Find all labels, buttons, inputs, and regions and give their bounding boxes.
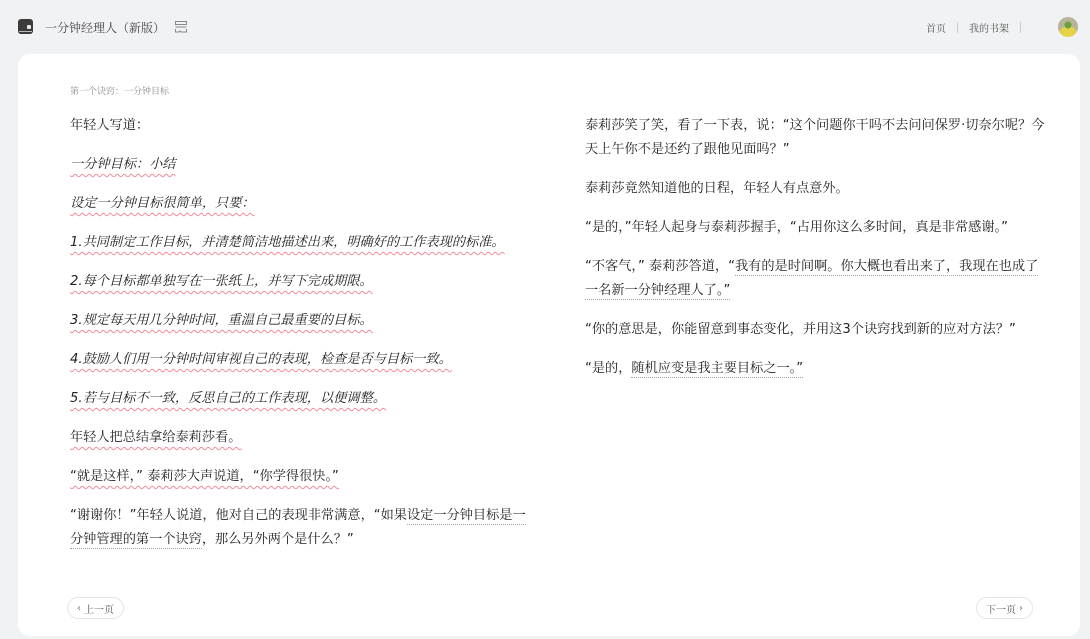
paragraph-text: 2.每个目标都单独写在一张纸上，并写下完成期限。 [70,274,373,289]
paragraph-text: 泰莉莎竟然知道他的日程，年轻人有点意外。 [585,181,849,196]
paragraph: 泰莉莎竟然知道他的日程，年轻人有点意外。 [585,177,1045,201]
paragraph-text: “就是这样，” 泰莉莎大声说道，“你学得很快。” [70,469,339,484]
prev-page-label: 上一页 [84,601,114,616]
paragraph-text: 5.若与目标不一致，反思自己的工作表现，以便调整。 [70,391,386,406]
highlighted-paragraph[interactable]: 5.若与目标不一致，反思自己的工作表现，以便调整。 [70,387,530,411]
reader-page: 第一个诀窍：一分钟目标 年轻人写道： 一分钟目标：小结 设定一分钟目标很简单，只… [18,54,1080,636]
paragraph: 年轻人写道： [70,114,530,138]
chevron-left-icon: ‹ [77,603,81,614]
paragraph-text: 泰莉莎笑了笑，看了一下表，说：“这个问题你干吗不去问问保罗·切奈尔呢？今天上午你… [585,118,1044,157]
highlighted-paragraph[interactable]: 1.共同制定工作目标，并清楚简洁地描述出来，明确好的工作表现的标准。 [70,231,530,255]
nav-home-link[interactable]: 首页 [926,20,946,35]
paragraph-text: 3.规定每天用几分钟时间，重温自己最重要的目标。 [70,313,373,328]
paragraph: “是的，随机应变是我主要目标之一。” [585,357,1045,381]
book-logo-icon[interactable] [18,19,33,34]
book-title: 一分钟经理人（新版） [45,19,165,36]
chevron-right-icon: › [1019,603,1023,614]
paragraph-text: “谢谢你！”年轻人说道，他对自己的表现非常满意，“如果 [70,508,407,523]
paragraph-text: 年轻人写道： [70,118,149,133]
paragraph-text: “你的意思是，你能留意到事态变化，并用这3个诀窍找到新的应对方法？” [585,322,1016,337]
top-nav: 首页 我的书架 [926,20,1032,35]
paragraph: “谢谢你！”年轻人说道，他对自己的表现非常满意，“如果设定一分钟目标是一分钟管理… [70,504,530,552]
nav-bookshelf-link[interactable]: 我的书架 [969,20,1009,35]
paragraph-text: “是的， [585,361,631,376]
paragraph-text: ，那么另外两个是什么？” [202,532,354,547]
paragraph: 泰莉莎笑了笑，看了一下表，说：“这个问题你干吗不去问问保罗·切奈尔呢？今天上午你… [585,114,1045,162]
left-column: 年轻人写道： 一分钟目标：小结 设定一分钟目标很简单，只要： 1.共同制定工作目… [70,114,530,567]
highlighted-paragraph[interactable]: 3.规定每天用几分钟时间，重温自己最重要的目标。 [70,309,530,333]
nav-divider [957,22,958,33]
highlighted-paragraph[interactable]: 年轻人把总结拿给泰莉莎看。 [70,426,530,450]
paragraph: “你的意思是，你能留意到事态变化，并用这3个诀窍找到新的应对方法？” [585,318,1045,342]
chapter-label: 第一个诀窍：一分钟目标 [70,84,169,97]
paragraph-text: 1.共同制定工作目标，并清楚简洁地描述出来，明确好的工作表现的标准。 [70,235,505,250]
table-of-contents-icon[interactable] [174,20,188,34]
prev-page-button[interactable]: ‹ 上一页 [67,597,124,619]
highlighted-paragraph[interactable]: “就是这样，” 泰莉莎大声说道，“你学得很快。” [70,465,530,489]
next-page-label: 下一页 [986,601,1016,616]
paragraph-text: 设定一分钟目标很简单，只要： [70,196,255,211]
highlighted-paragraph[interactable]: 设定一分钟目标很简单，只要： [70,192,530,216]
nav-divider [1020,22,1021,33]
top-bar: 一分钟经理人（新版） 首页 我的书架 [0,0,1090,54]
paragraph: “不客气，” 泰莉莎答道，“我有的是时间啊。你大概也看出来了，我现在也成了一名新… [585,255,1045,303]
highlighted-paragraph[interactable]: 2.每个目标都单独写在一张纸上，并写下完成期限。 [70,270,530,294]
highlighted-paragraph[interactable]: 4.鼓励人们用一分钟时间审视自己的表现，检查是否与目标一致。 [70,348,530,372]
paragraph-text: 年轻人把总结拿给泰莉莎看。 [70,430,241,445]
paragraph-text: “是的，”年轻人起身与泰莉莎握手，“占用你这么多时间，真是非常感谢。” [585,220,1008,235]
paragraph-text: “不客气，” 泰莉莎答道，“ [585,259,735,274]
paragraph: “是的，”年轻人起身与泰莉莎握手，“占用你这么多时间，真是非常感谢。” [585,216,1045,240]
paragraph-text: 一分钟目标：小结 [70,157,176,172]
dotted-underline-note[interactable]: 随机应变是我主要目标之一。” [631,361,803,378]
highlighted-paragraph[interactable]: 一分钟目标：小结 [70,153,530,177]
paragraph-text: 4.鼓励人们用一分钟时间审视自己的表现，检查是否与目标一致。 [70,352,452,367]
next-page-button[interactable]: 下一页 › [976,597,1033,619]
right-column: 泰莉莎笑了笑，看了一下表，说：“这个问题你干吗不去问问保罗·切奈尔呢？今天上午你… [585,114,1045,396]
user-avatar[interactable] [1058,17,1078,37]
